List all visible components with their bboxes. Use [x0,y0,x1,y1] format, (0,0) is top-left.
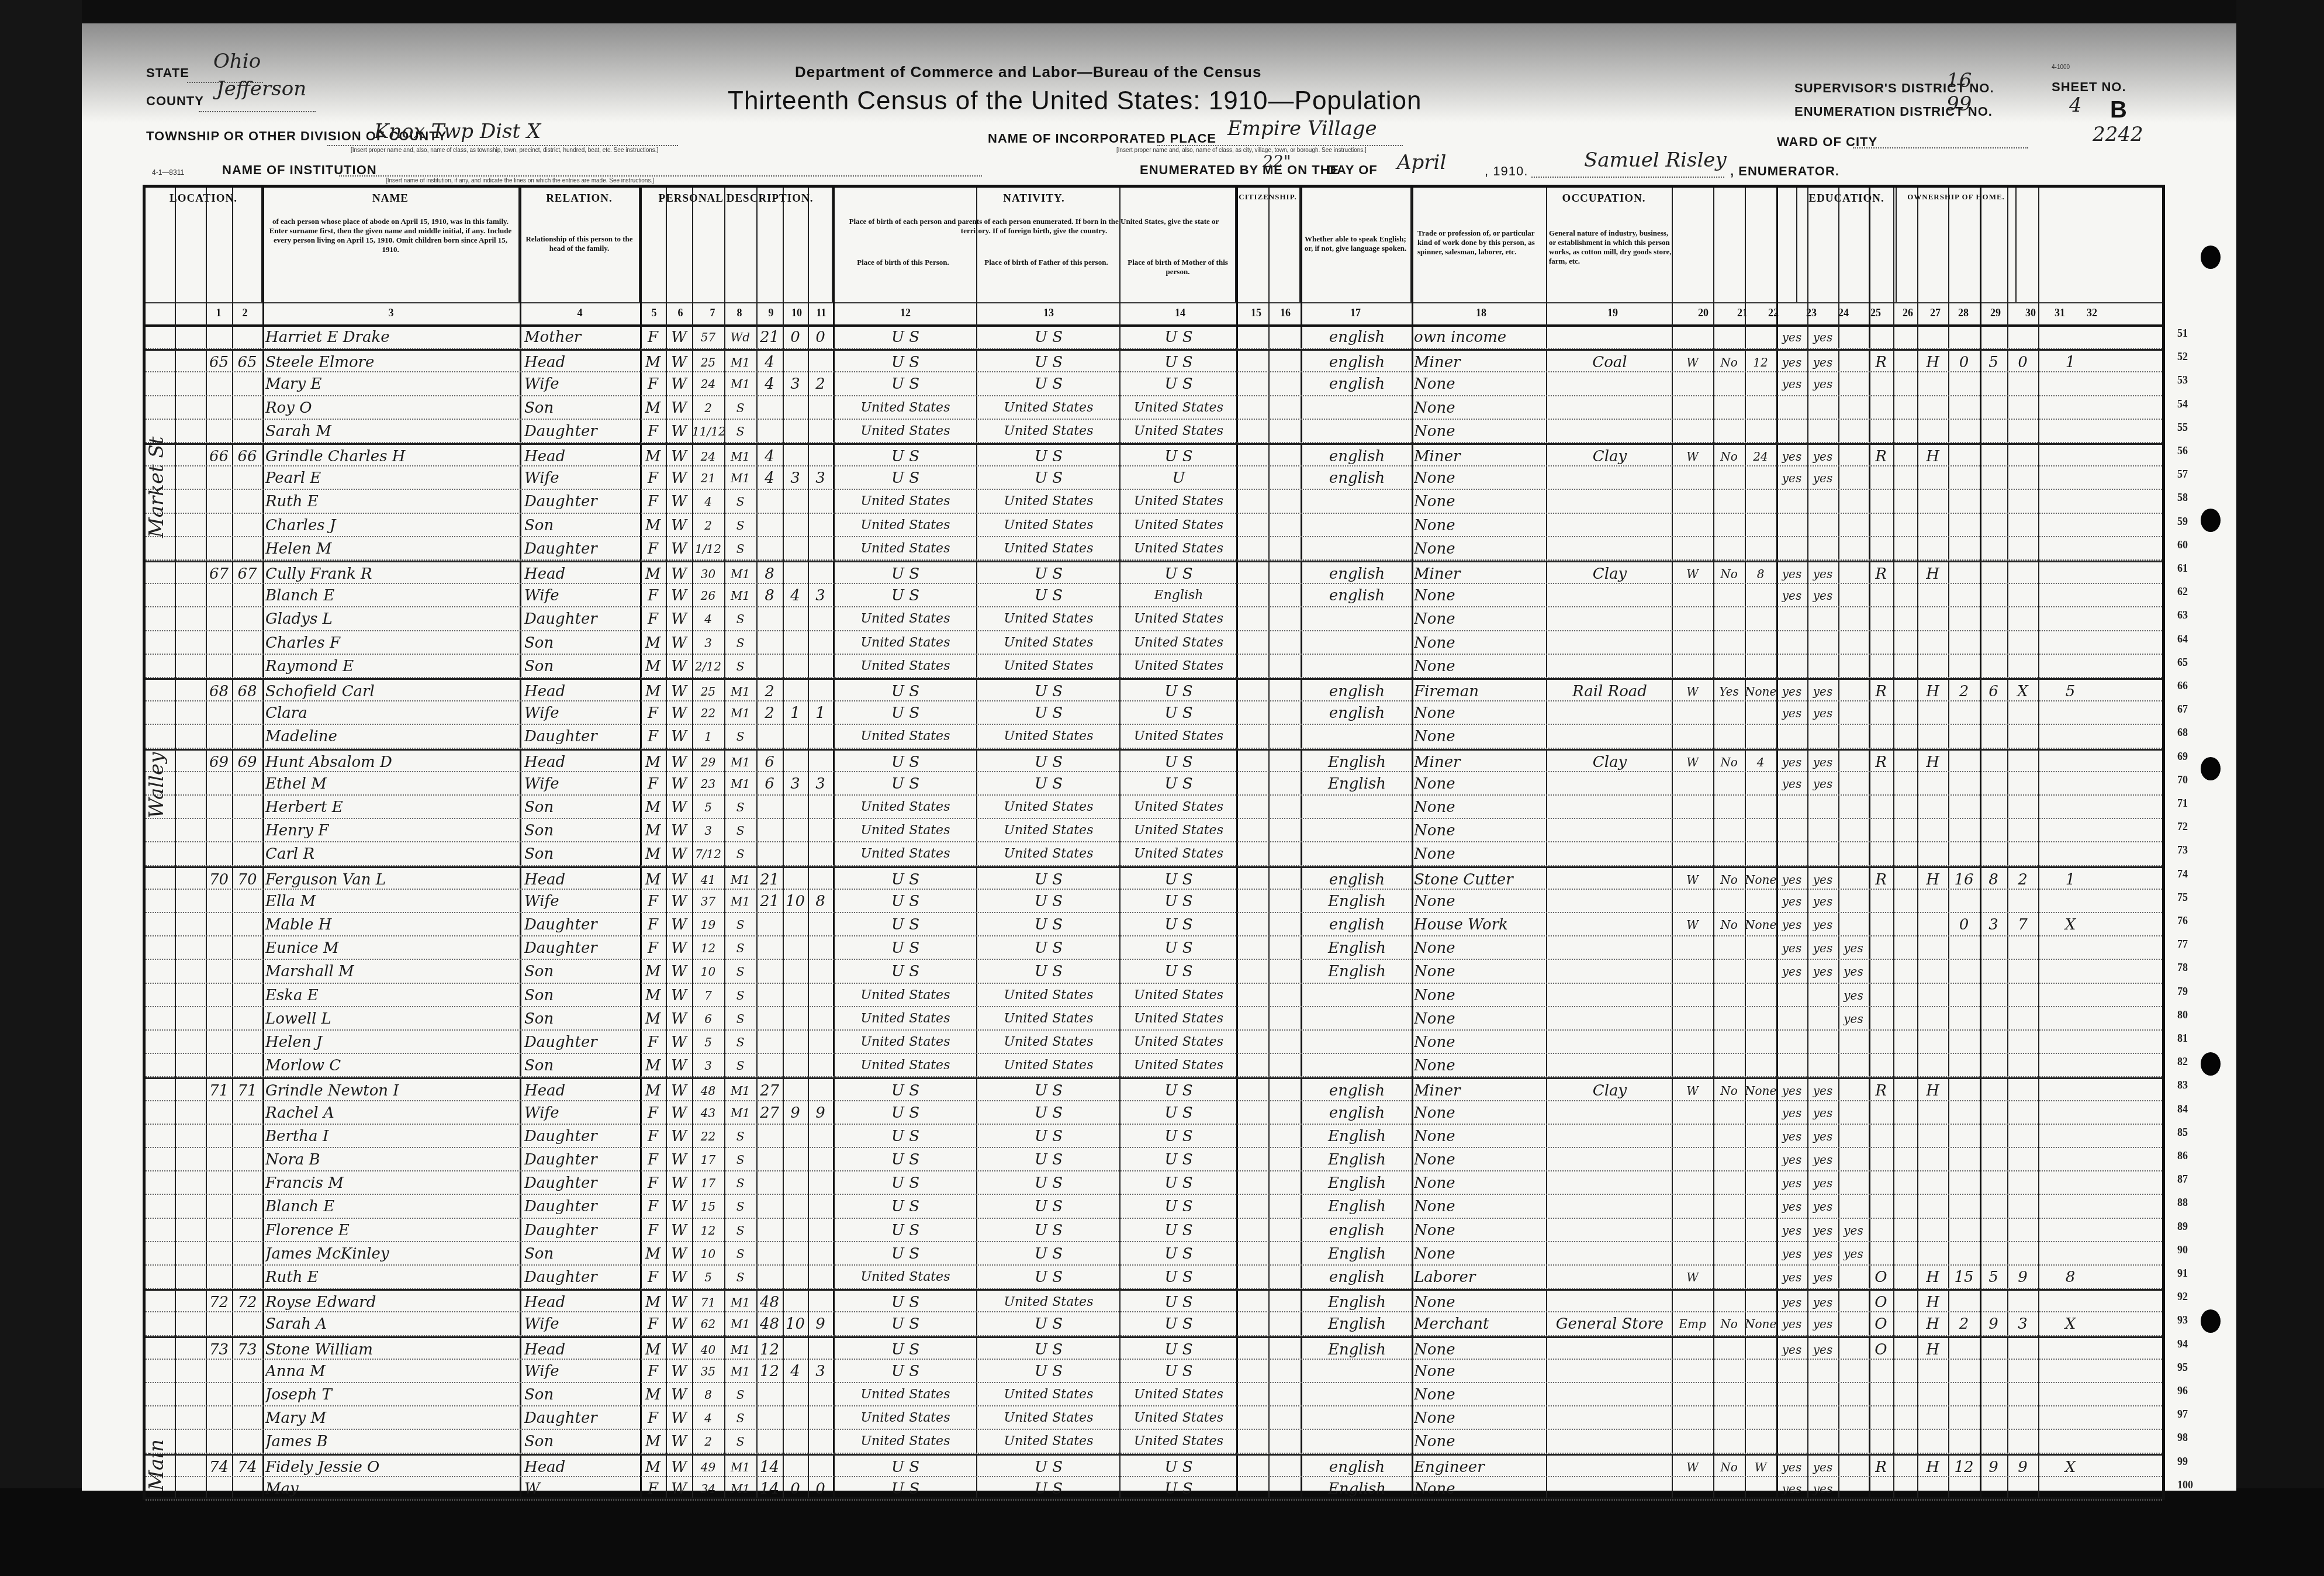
cell-pob: U S [835,914,976,935]
cell-sched [1948,1196,1980,1217]
cell-pobm: U S [1122,869,1236,890]
line-number: 64 [2177,633,2188,645]
cell-living: 3 [808,585,833,606]
cell-rel: Daughter [524,491,639,512]
cell-mort [1893,374,1917,395]
cell-emp [1672,1361,1713,1382]
cell-wk [1745,1361,1776,1382]
cell-pobm: U S [1122,374,1236,395]
cell-fam [232,633,262,654]
cell-c30 [1980,633,2007,654]
cell-own [1869,1008,1893,1029]
cell-age: 37 [692,891,724,912]
cell-sch [1838,1149,1869,1170]
cell-emp [1672,1431,1713,1452]
table-row: 6868Schofield CarlHeadMW25M12U SU SU Sen… [146,678,2162,701]
cell-sex: F [640,703,666,724]
cell-sch: yes [1838,961,1869,982]
cell-c32 [2038,1080,2102,1101]
cell-sex: M [640,1457,666,1478]
cell-name: Helen M [265,538,520,559]
line-number: 67 [2177,703,2188,716]
cell-c31 [2007,468,2038,489]
cell-c31 [2007,564,2038,585]
enumerated-label: Enumerated by me on the [1140,163,1339,178]
cell-name: Hunt Absalom D [265,752,520,773]
cell-lang: english [1303,703,1411,724]
cell-ms: S [724,797,756,818]
cell-race: W [666,1408,692,1429]
cell-c32 [2038,374,2102,395]
cell-ind: Clay [1548,446,1671,467]
cell-mort [1893,1055,1917,1076]
cell-lang: English [1303,1314,1411,1335]
cell-sched: 16 [1948,869,1980,890]
table-row: Helen JDaughterFW5SUnited StatesUnited S… [146,1031,2162,1054]
cell-age: 43 [692,1102,724,1124]
cell-wr: yes [1807,327,1838,348]
cell-emp [1672,891,1713,912]
cell-living [808,609,833,630]
cell-trade: None [1414,468,1545,489]
sheet-side: B [2110,97,2127,123]
cell-c31 [2007,1126,2038,1147]
cell-mort [1893,985,1917,1006]
cell-ind [1548,585,1671,606]
cell-yrs [756,656,783,677]
cell-c30 [1980,1008,2007,1029]
cell-fam [232,491,262,512]
cell-wr [1807,515,1838,536]
cell-farm [1917,844,1948,865]
cell-pobm: United States [1122,398,1236,419]
cell-trade: Merchant [1414,1314,1545,1335]
cell-c32 [2038,327,2102,348]
cell-emp [1672,585,1713,606]
cell-born: 0 [783,1478,808,1499]
cell-emp [1672,938,1713,959]
cell-race: W [666,398,692,419]
cell-living [808,914,833,935]
cell-rel: Son [524,398,639,419]
cell-own [1869,1361,1893,1382]
table-row: Rachel AWifeFW43M12799U SU SU SenglishNo… [146,1101,2162,1125]
cell-rd [1776,1361,1807,1382]
cell-race: W [666,1361,692,1382]
cell-farm [1917,797,1948,818]
cell-yrs: 21 [756,327,783,348]
cell-sch [1838,752,1869,773]
cell-rel: Daughter [524,938,639,959]
cell-sched [1948,1431,1980,1452]
cell-c31 [2007,844,2038,865]
cell-age: 4 [692,491,724,512]
cell-sex: F [640,914,666,935]
cell-dw [206,891,232,912]
cell-fam: 66 [232,446,262,467]
cell-pob: United States [835,726,976,747]
cell-wr: yes [1807,681,1838,702]
cell-fam [232,585,262,606]
line-number: 57 [2177,468,2188,481]
cell-race: W [666,1055,692,1076]
cell-lang: english [1303,681,1411,702]
cell-emp [1672,1196,1713,1217]
cell-trade: Miner [1414,1080,1545,1101]
cell-wk [1745,1431,1776,1452]
cell-own [1869,1149,1893,1170]
cell-wr: yes [1807,1243,1838,1264]
cell-fam [232,938,262,959]
cell-sex: M [640,446,666,467]
cell-ms: S [724,1384,756,1405]
binder-punch-hole [2201,509,2221,532]
cell-pobf: United States [978,726,1119,747]
cell-dw [206,1220,232,1241]
cell-c32 [2038,1384,2102,1405]
cell-ms: S [724,609,756,630]
cell-emp [1672,538,1713,559]
cell-lang: English [1303,1126,1411,1147]
cell-trade: None [1414,726,1545,747]
cell-pobm: United States [1122,1408,1236,1429]
cell-pob: United States [835,609,976,630]
cell-own [1869,1408,1893,1429]
cell-lang: english [1303,468,1411,489]
cell-trade: None [1414,1032,1545,1053]
cell-fam [232,1196,262,1217]
cell-sch [1838,1196,1869,1217]
department-title: Department of Commerce and Labor—Bureau … [795,63,1261,81]
census-title: Thirteenth Census of the United States: … [728,87,1422,116]
cell-born: 4 [783,585,808,606]
cell-mort [1893,1361,1917,1382]
cell-ow [1713,820,1745,841]
cell-farm [1917,1408,1948,1429]
cell-race: W [666,844,692,865]
cell-wk [1745,726,1776,747]
cell-sex: F [640,374,666,395]
table-row: Blanch EWifeFW26M1843U SU SEnglishenglis… [146,584,2162,607]
cell-emp: W [1672,1267,1713,1288]
cell-race: W [666,421,692,442]
cell-rd [1776,820,1807,841]
cell-rd [1776,1008,1807,1029]
cell-age: 40 [692,1339,724,1360]
cell-race: W [666,1314,692,1335]
scan-border-left [0,0,82,1576]
cell-living [808,1080,833,1101]
cell-lang: English [1303,891,1411,912]
cell-c31 [2007,1196,2038,1217]
cell-lang: english [1303,869,1411,890]
cell-ow [1713,1220,1745,1241]
nativity-header: NATIVITY. Place of birth of each person … [833,188,1236,302]
cell-living [808,820,833,841]
cell-rd: yes [1776,1314,1807,1335]
cell-own [1869,1173,1893,1194]
line-number: 71 [2177,797,2188,810]
cell-race: W [666,1243,692,1264]
cell-trade: None [1414,961,1545,982]
cell-ms: S [724,491,756,512]
cell-own [1869,1220,1893,1241]
cell-emp [1672,327,1713,348]
cell-sched: 15 [1948,1267,1980,1288]
table-row: 6666Grindle Charles HHeadMW24M14U SU SU … [146,443,2162,466]
cell-age: 24 [692,446,724,467]
cell-pobm: United States [1122,1384,1236,1405]
cell-sched [1948,515,1980,536]
cell-dw [206,1196,232,1217]
cell-c30 [1980,1102,2007,1124]
cell-name: Eska E [265,985,520,1006]
cell-dw: 67 [206,564,232,585]
cell-trade: Engineer [1414,1457,1545,1478]
cell-rd [1776,656,1807,677]
cell-wk [1745,1220,1776,1241]
cell-name: Charles J [265,515,520,536]
cell-ind [1548,1149,1671,1170]
cell-c31 [2007,1102,2038,1124]
cell-age: 12 [692,1220,724,1241]
cell-dw [206,515,232,536]
cell-sch [1838,1173,1869,1194]
cell-race: W [666,1267,692,1288]
cell-farm: H [1917,752,1948,773]
cell-pobf: United States [978,985,1119,1006]
cell-name: James McKinley [265,1243,520,1264]
cell-ow: No [1713,564,1745,585]
cell-age: 5 [692,1032,724,1053]
sheet-label: Sheet No. [2052,80,2126,95]
cell-sched [1948,398,1980,419]
cell-dw: 66 [206,446,232,467]
table-row: Lowell LSonMW6SUnited StatesUnited State… [146,1007,2162,1031]
cell-sched [1948,726,1980,747]
cell-ow: No [1713,446,1745,467]
cell-ms: Wd [724,327,756,348]
cell-rd: yes [1776,891,1807,912]
cell-pob: U S [835,1149,976,1170]
cell-trade: None [1414,1339,1545,1360]
cell-born [783,1339,808,1360]
cell-rd: yes [1776,1196,1807,1217]
cell-rel: Daughter [524,1149,639,1170]
cell-c31 [2007,985,2038,1006]
cell-wk [1745,1055,1776,1076]
cell-name: Charles F [265,633,520,654]
cell-race: W [666,869,692,890]
cell-pobm: U S [1122,1173,1236,1194]
cell-own [1869,703,1893,724]
cell-ind [1548,726,1671,747]
cell-c30 [1980,1032,2007,1053]
cell-lang: english [1303,1457,1411,1478]
cell-c31 [2007,1080,2038,1101]
cell-sch [1838,869,1869,890]
cell-race: W [666,681,692,702]
cell-living [808,1032,833,1053]
table-row: Raymond ESonMW2/12SUnited StatesUnited S… [146,655,2162,678]
cell-farm [1917,491,1948,512]
cell-lang [1303,844,1411,865]
cell-trade: None [1414,1431,1545,1452]
cell-born [783,491,808,512]
cell-c31 [2007,1008,2038,1029]
cell-own [1869,491,1893,512]
cell-mort [1893,633,1917,654]
cell-pob: United States [835,1032,976,1053]
cell-fam: 65 [232,352,262,373]
cell-wk [1745,609,1776,630]
cell-c32 [2038,1431,2102,1452]
cell-yrs: 4 [756,374,783,395]
cell-name: James B [265,1431,520,1452]
cell-rd: yes [1776,446,1807,467]
cell-mort [1893,726,1917,747]
cell-dw [206,1243,232,1264]
cell-born [783,752,808,773]
cell-rd: yes [1776,374,1807,395]
cell-sch [1838,633,1869,654]
cell-name: Gladys L [265,609,520,630]
cell-fam [232,1314,262,1335]
cell-farm [1917,327,1948,348]
cell-born [783,1384,808,1405]
cell-rel: Head [524,352,639,373]
cell-wr: yes [1807,1339,1838,1360]
cell-fam: 72 [232,1292,262,1313]
cell-name: Steele Elmore [265,352,520,373]
cell-trade: None [1414,844,1545,865]
cell-wk [1745,1408,1776,1429]
cell-living [808,1055,833,1076]
cell-yrs [756,1008,783,1029]
cell-wk [1745,515,1776,536]
cell-ind: Clay [1548,1080,1671,1101]
cell-pobf: United States [978,1008,1119,1029]
cell-own [1869,820,1893,841]
cell-ind [1548,773,1671,794]
cell-mort [1893,327,1917,348]
cell-age: 24 [692,374,724,395]
cell-yrs [756,914,783,935]
cell-c31 [2007,726,2038,747]
cell-name: Marshall M [265,961,520,982]
cell-yrs [756,538,783,559]
cell-sched [1948,1361,1980,1382]
cell-yrs: 2 [756,681,783,702]
cell-born [783,1431,808,1452]
cell-own: R [1869,752,1893,773]
cell-rel: Head [524,446,639,467]
cell-age: 35 [692,1361,724,1382]
cell-age: 10 [692,1243,724,1264]
cell-ms: M1 [724,1457,756,1478]
cell-ow [1713,1149,1745,1170]
cell-lang [1303,491,1411,512]
cell-trade: own income [1414,327,1545,348]
cell-emp [1672,656,1713,677]
cell-pob: United States [835,491,976,512]
cell-mort [1893,869,1917,890]
cell-age: 4 [692,1408,724,1429]
cell-ow [1713,1055,1745,1076]
cell-ind: General Store [1548,1314,1671,1335]
cell-age: 41 [692,869,724,890]
cell-farm [1917,1173,1948,1194]
cell-emp [1672,374,1713,395]
cell-emp [1672,985,1713,1006]
cell-rd [1776,491,1807,512]
cell-lang [1303,797,1411,818]
cell-name: Royse Edward [265,1292,520,1313]
cell-race: W [666,1126,692,1147]
cell-living [808,1173,833,1194]
cell-farm [1917,585,1948,606]
cell-lang [1303,820,1411,841]
cell-sch [1838,1126,1869,1147]
cell-trade: None [1414,1126,1545,1147]
cell-c31 [2007,961,2038,982]
cell-sch [1838,1457,1869,1478]
cell-ow [1713,398,1745,419]
incorporated-place-value: Empire Village [1227,117,1377,140]
cell-race: W [666,585,692,606]
cell-born [783,609,808,630]
cell-name: Raymond E [265,656,520,677]
scan-border-bottom [0,1488,2324,1576]
cell-sch [1838,421,1869,442]
cell-emp: W [1672,352,1713,373]
cell-living [808,491,833,512]
cell-c30 [1980,891,2007,912]
cell-rd [1776,1408,1807,1429]
cell-fam [232,656,262,677]
cell-farm [1917,468,1948,489]
institution-line [339,175,982,177]
line-number: 86 [2177,1150,2188,1162]
cell-rel: W [524,1478,639,1499]
line-number: 95 [2177,1361,2188,1374]
cell-name: Morlow C [265,1055,520,1076]
table-row: Ruth EDaughterFW5SUnited StatesU SU Seng… [146,1266,2162,1289]
cell-farm [1917,398,1948,419]
cell-c32 [2038,773,2102,794]
cell-ow [1713,1339,1745,1360]
cell-c30 [1980,797,2007,818]
cell-farm [1917,1431,1948,1452]
table-row: Blanch EDaughterFW15SU SU SU SEnglishNon… [146,1195,2162,1218]
table-row: 7373Stone WilliamHeadMW40M112U SU SU SEn… [146,1336,2162,1360]
cell-ms: M1 [724,1314,756,1335]
population-schedule-table: LOCATION. NAME of each person whose plac… [143,185,2165,1500]
cell-farm: H [1917,352,1948,373]
cell-farm: H [1917,1339,1948,1360]
cell-yrs: 8 [756,564,783,585]
cell-rd [1776,421,1807,442]
cell-pobm: U S [1122,938,1236,959]
cell-sex: M [640,681,666,702]
cell-c32 [2038,1243,2102,1264]
cell-rel: Son [524,985,639,1006]
cell-sex: M [640,820,666,841]
cell-lang: English [1303,1292,1411,1313]
cell-pob: United States [835,844,976,865]
cell-born: 0 [783,327,808,348]
cell-c32 [2038,633,2102,654]
